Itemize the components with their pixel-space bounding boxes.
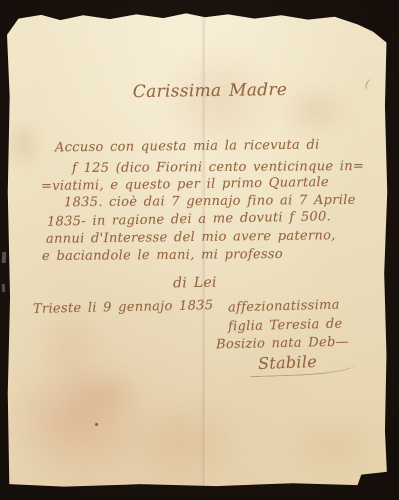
binding-speck: [2, 252, 7, 263]
body-line: annui d'Interesse del mio avere paterno,: [46, 228, 336, 247]
ink-spot: [95, 423, 98, 426]
paper-stain: [7, 119, 41, 169]
salutation: Carissima Madre: [125, 80, 295, 102]
closing-phrase: di Lei: [173, 275, 217, 292]
paper-stain: [125, 396, 240, 486]
signature-line: figlia Teresia de: [228, 317, 343, 335]
paper-stain: [65, 371, 145, 416]
binding-speck: [2, 284, 6, 292]
signature-line: affezionatissima: [228, 298, 340, 316]
body-line: 1835. cioè dai 7 gennajo fino ai 7 April…: [64, 193, 356, 211]
paper-stain: [285, 409, 380, 481]
body-line: e baciandole le mani, mi professo: [42, 247, 283, 264]
body-line: 1835- in ragione dei a me dovuti f 500.: [47, 209, 331, 229]
signature-line: Stabile: [258, 352, 318, 373]
scan-background: Carissima Madre Accuso con questa mia la…: [0, 0, 399, 500]
body-line: Accuso con questa mia la ricevuta di: [55, 138, 320, 156]
paper-stain: [35, 306, 105, 381]
dateline: Trieste li 9 gennajo 1835: [33, 298, 214, 317]
letter-paper: Carissima Madre Accuso con questa mia la…: [7, 11, 388, 488]
signature-line: Bosizio nata Deb—: [216, 335, 349, 353]
body-line: f 125 (dico Fiorini cento venticinque in…: [72, 159, 364, 176]
margin-mark: (: [364, 77, 371, 92]
body-line: =viatimi, e questo per il primo Quartale: [41, 175, 329, 194]
